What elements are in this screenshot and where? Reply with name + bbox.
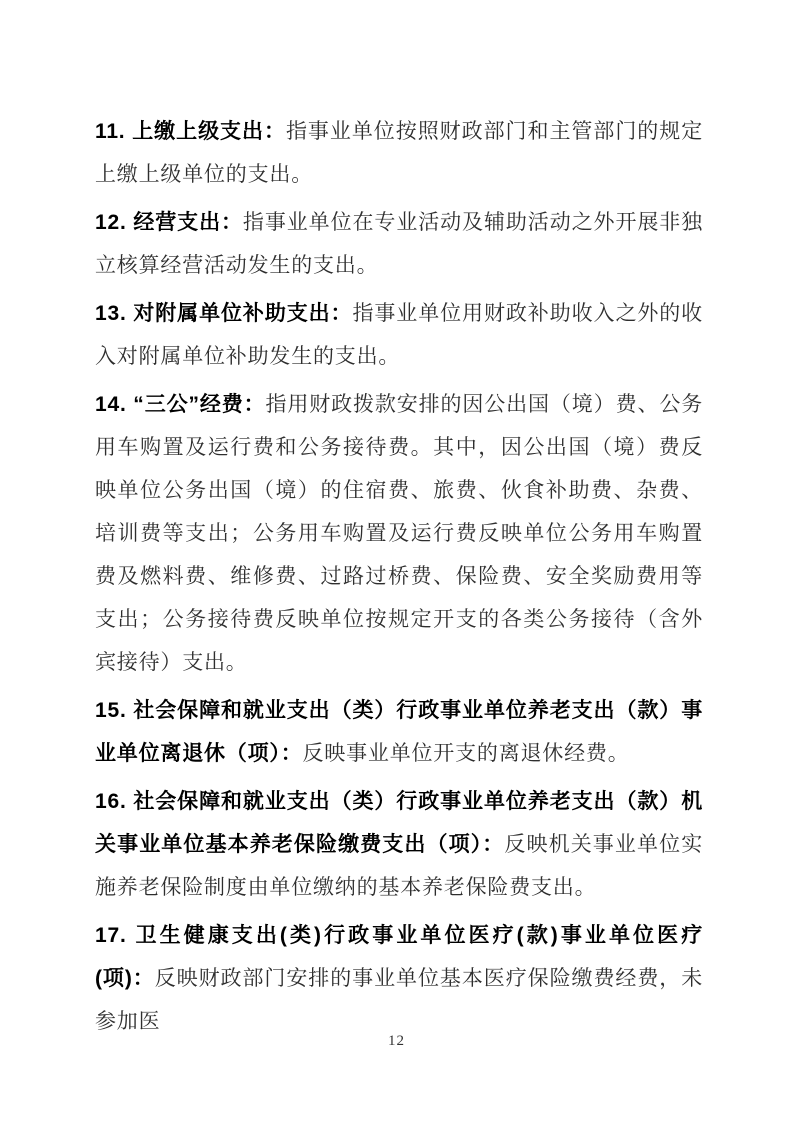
definition-text: 指用财政拨款安排的因公出国（境）费、公务用车购置及运行费和公务接待费。其中，因公… [95,392,703,674]
term-label: 13. 对附属单位补助支出： [95,302,352,325]
definition-paragraph: 16. 社会保障和就业支出（类）行政事业单位养老支出（款）机关事业单位基本养老保… [95,780,703,909]
definition-paragraph: 17. 卫生健康支出(类)行政事业单位医疗(款)事业单位医疗(项)：反映财政部门… [95,914,703,1043]
definition-text: 反映财政部门安排的事业单位基本医疗保险缴费经费，未参加医 [95,966,703,1033]
definition-paragraph: 14. “三公”经费：指用财政拨款安排的因公出国（境）费、公务用车购置及运行费和… [95,383,703,684]
term-label: 14. “三公”经费： [95,393,265,416]
term-label: 11. 上缴上级支出： [95,120,286,143]
term-label: 12. 经营支出： [95,211,243,234]
definition-paragraph: 12. 经营支出：指事业单位在专业活动及辅助活动之外开展非独立核算经营活动发生的… [95,201,703,287]
page-number: 12 [0,1033,793,1050]
definition-paragraph: 13. 对附属单位补助支出：指事业单位用财政补助收入之外的收入对附属单位补助发生… [95,292,703,378]
definition-paragraph: 11. 上缴上级支出：指事业单位按照财政部门和主管部门的规定上缴上级单位的支出。 [95,110,703,196]
document-content: 11. 上缴上级支出：指事业单位按照财政部门和主管部门的规定上缴上级单位的支出。… [95,110,703,1048]
definition-paragraph: 15. 社会保障和就业支出（类）行政事业单位养老支出（款）事业单位离退休（项）：… [95,689,703,775]
definition-text: 反映事业单位开支的离退休经费。 [303,741,630,765]
document-page: 11. 上缴上级支出：指事业单位按照财政部门和主管部门的规定上缴上级单位的支出。… [0,0,793,1122]
